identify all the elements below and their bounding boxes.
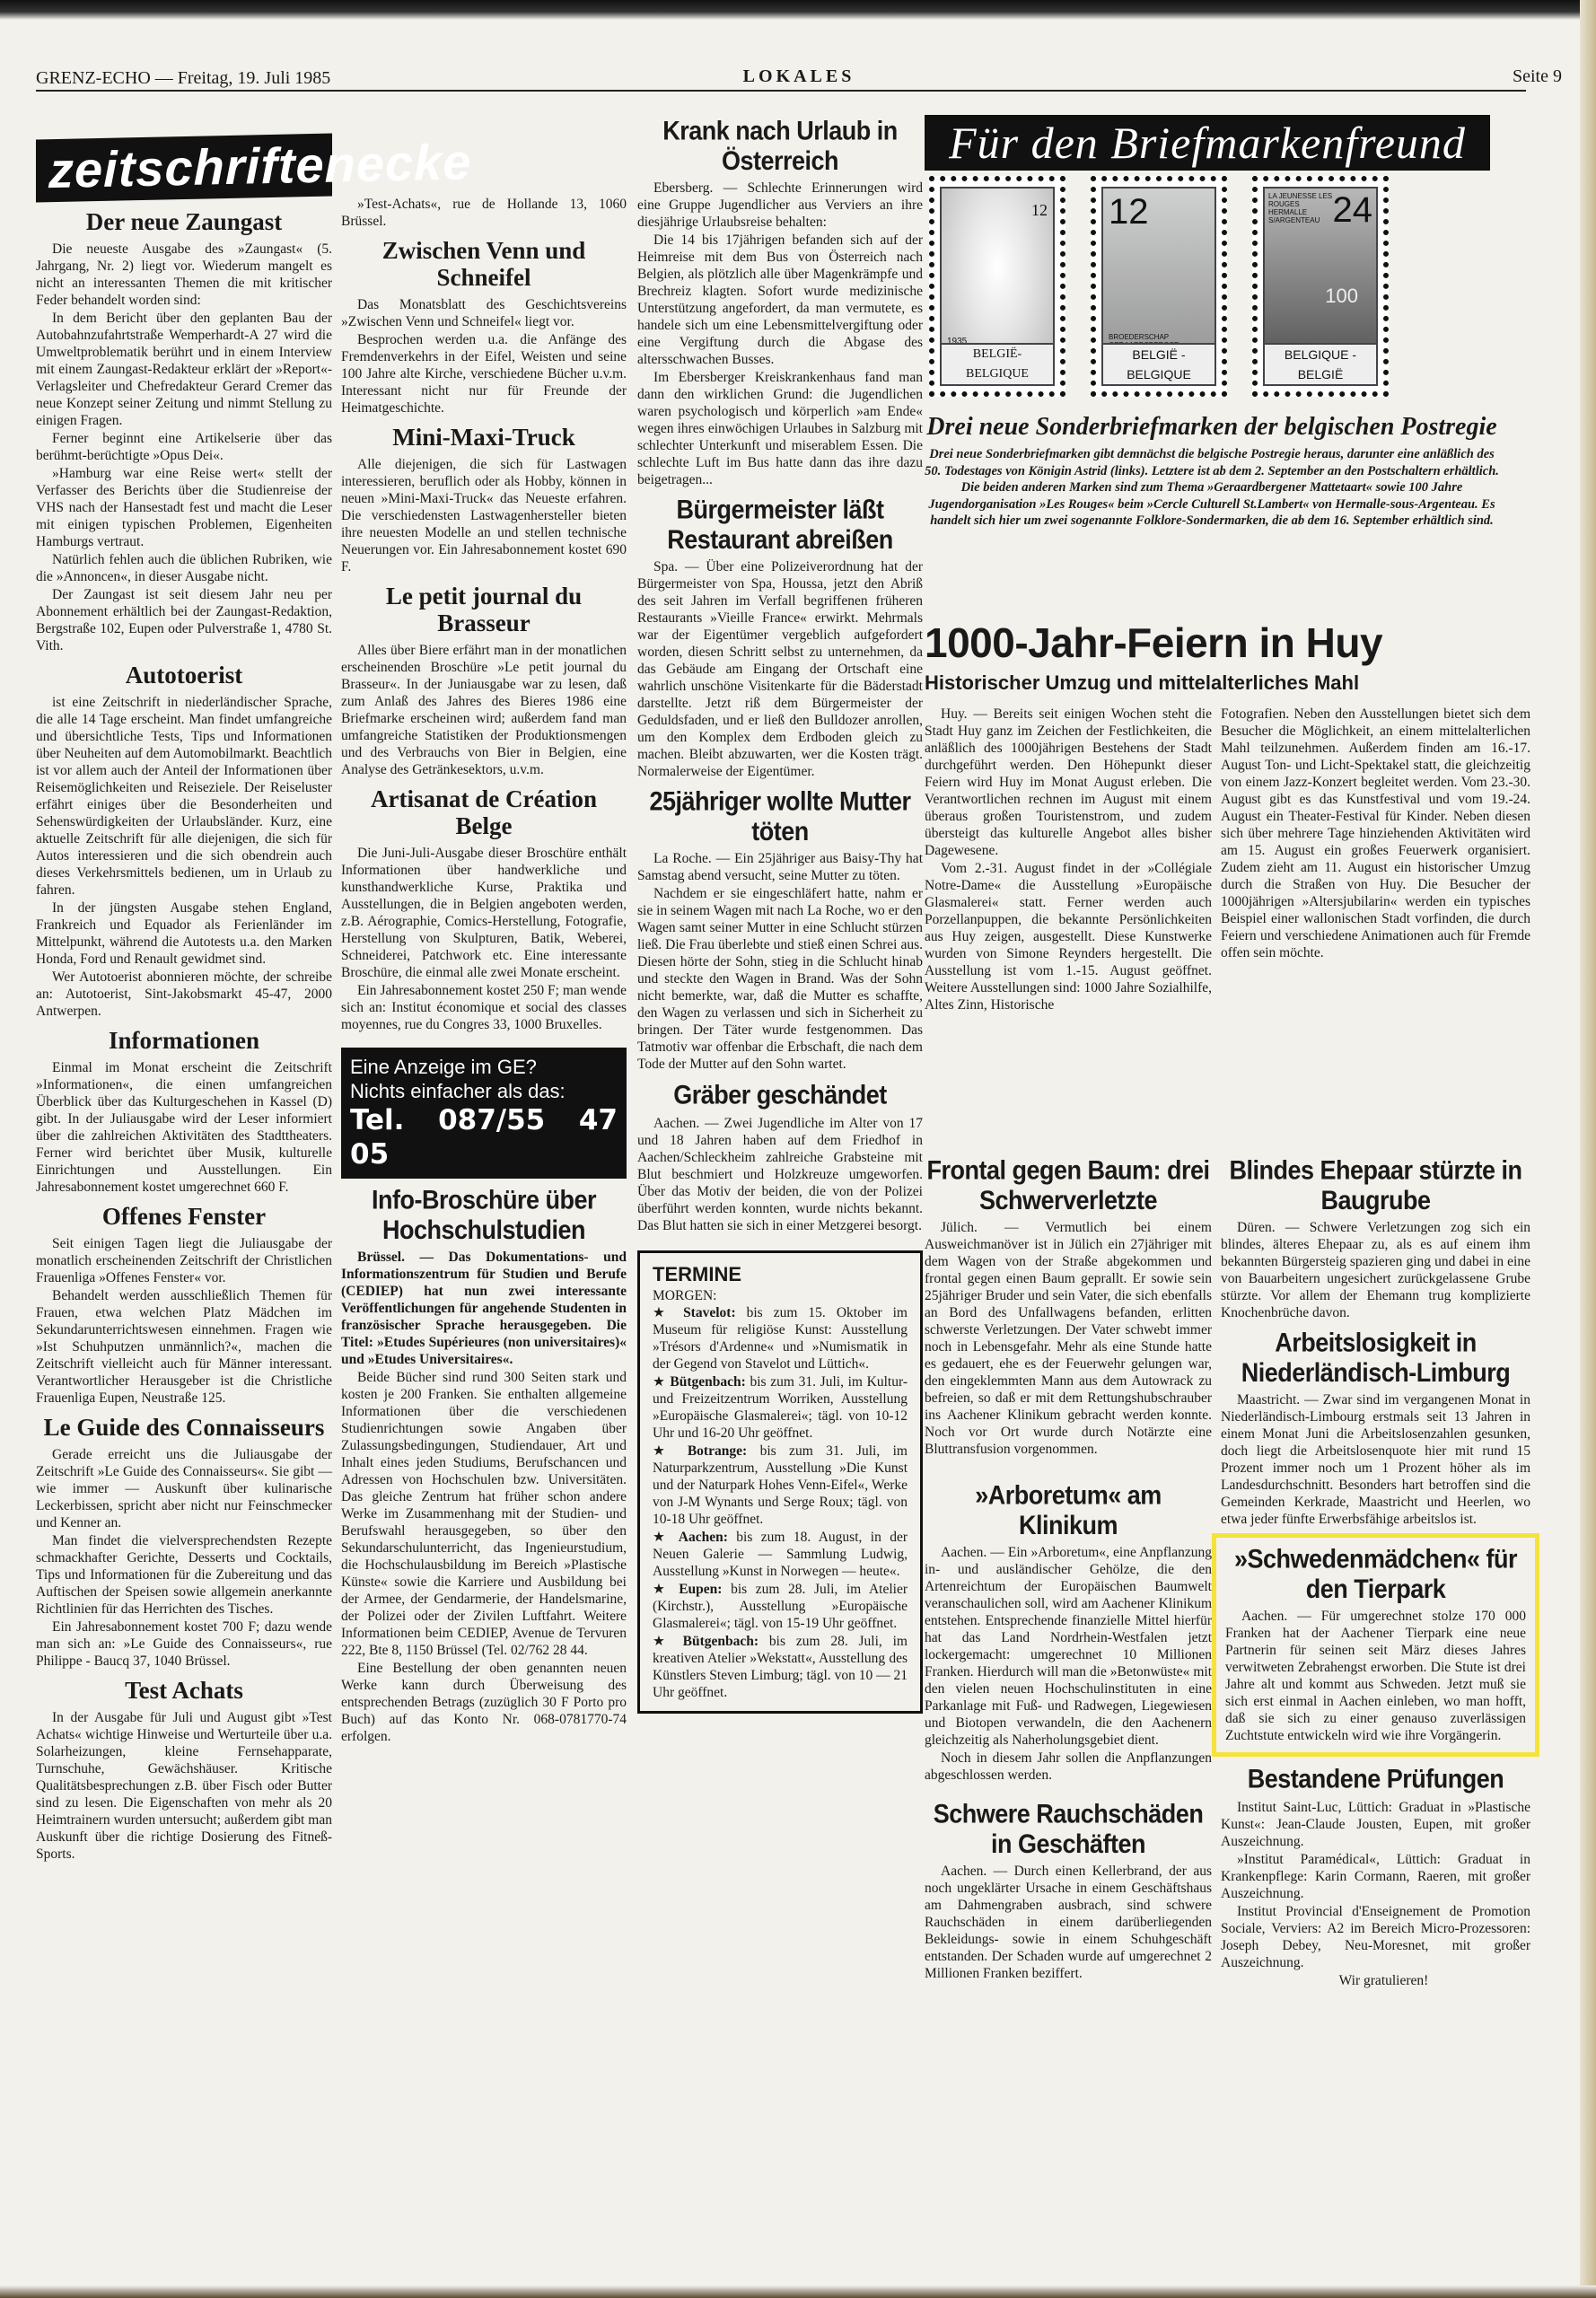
- headline: 25jähriger wollte Mutter töten: [637, 787, 923, 847]
- termine-item: ★ Bütgenbach: bis zum 31. Juli, im Kultu…: [653, 1373, 908, 1442]
- headline: Krank nach Urlaub in Österreich: [637, 117, 923, 177]
- star-icon: ★: [653, 1530, 679, 1545]
- article-buergermeister: Bürgermeister läßt Restaurant abreißen S…: [637, 497, 923, 780]
- paragraph: Ein Jahresabonnement kostet 250 F; man w…: [341, 982, 627, 1033]
- headline: Blindes Ehepaar stürzte in Baugrube: [1221, 1156, 1530, 1216]
- ad-line-1: Eine Anzeige im GE?: [350, 1055, 618, 1079]
- paragraph: Spa. — Über eine Polizeiverordnung hat d…: [637, 558, 923, 780]
- huy-headline: 1000-Jahr-Feiern in Huy: [925, 619, 1508, 666]
- article-graeber: Gräber geschändet Aachen. — Zwei Jugendl…: [637, 1082, 923, 1234]
- headline: Le Guide des Connaisseurs: [36, 1414, 332, 1441]
- headline: Autotoerist: [36, 662, 332, 689]
- stamp-value: 12: [1031, 192, 1048, 228]
- termine-place: Eupen:: [679, 1582, 722, 1597]
- headline: Informationen: [36, 1027, 332, 1054]
- headline: Der neue Zaungast: [36, 208, 332, 235]
- stamp-text: LA JEUNESSE LES ROUGES HERMALLE S/ARGENT…: [1268, 192, 1340, 224]
- paragraph: Ferner beginnt eine Artikelserie über da…: [36, 430, 332, 464]
- huy-subheadline: Historischer Umzug und mittelalterliches…: [925, 671, 1508, 695]
- headline: »Schwedenmädchen« für den Tierpark: [1225, 1545, 1526, 1605]
- paragraph: Man findet die vielversprechendsten Reze…: [36, 1532, 332, 1618]
- article-info-broschuere: Info-Broschüre über Hochschulstudien Brü…: [341, 1188, 627, 1745]
- headline: Info-Broschüre über Hochschulstudien: [341, 1186, 627, 1246]
- stamp-badge: 100: [1325, 278, 1358, 314]
- termine-place: Stavelot:: [683, 1305, 736, 1320]
- star-icon: ★: [653, 1443, 688, 1459]
- paragraph: Ein Jahresabonnement kostet 700 F; dazu …: [36, 1618, 332, 1670]
- newspaper-page: GRENZ-ECHO — Freitag, 19. Juli 1985 LOKA…: [0, 0, 1596, 2298]
- lead-paragraph: Brüssel. — Das Dokumentations- und Infor…: [341, 1249, 627, 1368]
- termine-box: TERMINE MORGEN: ★ Stavelot: bis zum 15. …: [637, 1250, 923, 1714]
- paragraph: Aachen. — Durch einen Kellerbrand, der a…: [925, 1863, 1212, 1982]
- termine-subtitle: MORGEN:: [653, 1287, 908, 1304]
- star-icon: ★: [653, 1634, 683, 1649]
- headline: Frontal gegen Baum: drei Schwerverletzte: [925, 1156, 1212, 1216]
- termine-item: ★ Eupen: bis zum 28. Juli, im Atelier (K…: [653, 1581, 908, 1632]
- star-icon: ★: [653, 1582, 679, 1597]
- paragraph: Beide Bücher sind rund 300 Seiten stark …: [341, 1369, 627, 1659]
- article-zwischen-venn: Zwischen Venn und Schneifel Das Monatsbl…: [341, 237, 627, 417]
- column-1: zeitschriftenecke Der neue Zaungast Die …: [36, 126, 332, 1864]
- paragraph: In dem Bericht über den geplanten Bau de…: [36, 310, 332, 429]
- huy-column-1: Huy. — Bereits seit einigen Wochen steht…: [925, 706, 1212, 1014]
- headline: Zwischen Venn und Schneifel: [341, 237, 627, 291]
- paragraph: Wer Autotoerist abonnieren möchte, der s…: [36, 969, 332, 1020]
- stamp-astrid: 12 1935 1985 BELGIË-BELGIQUE: [929, 176, 1065, 397]
- article-offenes-fenster: Offenes Fenster Seit einigen Tagen liegt…: [36, 1203, 332, 1407]
- article-bestandene-pruefungen: Bestandene Prüfungen Institut Saint-Luc,…: [1221, 1766, 1530, 1989]
- paragraph: Die neueste Ausgabe des »Zaungast« (5. J…: [36, 241, 332, 309]
- article-krank-urlaub: Krank nach Urlaub in Österreich Ebersber…: [637, 118, 923, 488]
- star-icon: ★: [653, 1305, 683, 1320]
- paragraph: Nachdem er sie eingeschläfert hatte, nah…: [637, 885, 923, 1073]
- paragraph: Behandelt werden ausschließlich Themen f…: [36, 1287, 332, 1407]
- termine-title: TERMINE: [653, 1262, 908, 1287]
- paragraph: Fotografien. Neben den Ausstellungen bie…: [1221, 706, 1530, 961]
- paragraph: Huy. — Bereits seit einigen Wochen steht…: [925, 706, 1212, 859]
- article-frontal-baum: Frontal gegen Baum: drei Schwerverletzte…: [925, 1158, 1212, 1458]
- article-zaungast: Der neue Zaungast Die neueste Ausgabe de…: [36, 208, 332, 654]
- article-autotoerist: Autotoerist ist eine Zeitschrift in nied…: [36, 662, 332, 1020]
- paragraph: Die 14 bis 17jährigen befanden sich auf …: [637, 232, 923, 368]
- paragraph: Aachen. — Zwei Jugendliche im Alter von …: [637, 1115, 923, 1234]
- article-blindes-ehepaar: Blindes Ehepaar stürzte in Baugrube Düre…: [1221, 1158, 1530, 1321]
- article-guide-connaisseurs: Le Guide des Connaisseurs Gerade erreich…: [36, 1414, 332, 1670]
- headline: Test Achats: [36, 1677, 332, 1704]
- paragraph: In der Ausgabe für Juli und August gibt …: [36, 1709, 332, 1863]
- stamp-country: BELGIË - BELGIQUE: [1103, 343, 1215, 384]
- paragraph: Düren. — Schwere Verletzungen zog sich e…: [1221, 1219, 1530, 1321]
- ad-phone: Tel. 087/55 47 05: [350, 1103, 618, 1171]
- paragraph: Alle diejenigen, die sich für Lastwagen …: [341, 456, 627, 575]
- article-petit-journal: Le petit journal du Brasseur Alles über …: [341, 583, 627, 778]
- column-2: »Test-Achats«, rue de Hollande 13, 1060 …: [341, 196, 627, 1746]
- paragraph: Wir gratulieren!: [1221, 1972, 1530, 1989]
- section-name: LOKALES: [36, 66, 1562, 87]
- article-test-achats: Test Achats In der Ausgabe für Juli und …: [36, 1677, 332, 1863]
- paragraph: Vom 2.-31. August findet in der »Collégi…: [925, 860, 1212, 1013]
- page-edge: [1580, 0, 1596, 2298]
- page-bottom-edge: [0, 2285, 1596, 2298]
- column-4: Frontal gegen Baum: drei Schwerverletzte…: [925, 1149, 1212, 1983]
- stamp-caption: Drei neue Sonderbriefmarken der belgisch…: [925, 413, 1499, 530]
- stamp-images: 12 1935 1985 BELGIË-BELGIQUE 12 BROEDERS…: [929, 176, 1495, 400]
- paragraph: Maastricht. — Zwar sind im vergangenen M…: [1221, 1391, 1530, 1528]
- article-informationen: Informationen Einmal im Monat erscheint …: [36, 1027, 332, 1196]
- paragraph: La Roche. — Ein 25jähriger aus Baisy-Thy…: [637, 850, 923, 884]
- termine-place: Aachen:: [679, 1530, 728, 1545]
- article-artisanat: Artisanat de Création Belge Die Juni-Jul…: [341, 785, 627, 1033]
- paragraph: Ebersberg. — Schlechte Erinnerungen wird…: [637, 180, 923, 231]
- advertisement-box: Eine Anzeige im GE? Nichts einfacher als…: [341, 1048, 627, 1179]
- stamp-value: 24: [1333, 192, 1373, 228]
- paragraph: Natürlich fehlen auch die üblichen Rubri…: [36, 551, 332, 585]
- paragraph: Alles über Biere erfährt man in der mona…: [341, 642, 627, 778]
- caption-text: Drei neue Sonderbriefmarken gibt demnäch…: [925, 446, 1499, 530]
- article-schwedenmaedchen-highlighted: »Schwedenmädchen« für den Tierpark Aache…: [1212, 1533, 1539, 1757]
- zeitschriftenecke-banner: zeitschriftenecke: [36, 134, 332, 203]
- stamp-mattetaart: 12 BROEDERSCHAP GERAARDSBERGSE MATTETAAR…: [1091, 176, 1227, 397]
- headline: Bürgermeister läßt Restaurant abreißen: [637, 496, 923, 556]
- paragraph: Jülich. — Vermutlich bei einem Ausweichm…: [925, 1219, 1212, 1458]
- paragraph: Gerade erreicht uns die Juliausgabe der …: [36, 1446, 332, 1531]
- paragraph: »Hamburg war eine Reise wert« stellt der…: [36, 465, 332, 550]
- paragraph: Das Monatsblatt des Geschichtsvereins »Z…: [341, 296, 627, 330]
- huy-column-2: Fotografien. Neben den Ausstellungen bie…: [1221, 706, 1530, 962]
- paragraph: Seit einigen Tagen liegt die Juliausgabe…: [36, 1235, 332, 1286]
- headline: Mini-Maxi-Truck: [341, 424, 627, 451]
- paragraph: »Institut Paramédical«, Lüttich: Graduat…: [1221, 1851, 1530, 1902]
- article-rauchschaeden: Schwere Rauchschäden in Geschäften Aache…: [925, 1802, 1212, 1982]
- briefmarken-banner: Für den Briefmarkenfreund: [925, 115, 1490, 171]
- paragraph: Die Juni-Juli-Ausgabe dieser Broschüre e…: [341, 845, 627, 981]
- paragraph: »Test-Achats«, rue de Hollande 13, 1060 …: [341, 196, 627, 230]
- paragraph: ist eine Zeitschrift in niederländischer…: [36, 694, 332, 899]
- paragraph: Noch in diesem Jahr sollen die Anpflanzu…: [925, 1750, 1212, 1784]
- stamp-value: 12: [1109, 194, 1149, 230]
- masthead-rule: [36, 90, 1526, 92]
- column-3: Krank nach Urlaub in Österreich Ebersber…: [637, 110, 923, 1730]
- headline: Gräber geschändet: [637, 1081, 923, 1110]
- paragraph: Der Zaungast ist seit diesem Jahr neu pe…: [36, 586, 332, 654]
- headline: »Arboretum« am Klinikum: [925, 1481, 1212, 1541]
- termine-item: ★ Stavelot: bis zum 15. Oktober im Museu…: [653, 1304, 908, 1373]
- headline: Offenes Fenster: [36, 1203, 332, 1230]
- termine-place: Bütgenbach:: [683, 1634, 759, 1649]
- termine-item: ★ Botrange: bis zum 31. Juli, im Naturpa…: [653, 1443, 908, 1528]
- article-mini-maxi-truck: Mini-Maxi-Truck Alle diejenigen, die sic…: [341, 424, 627, 575]
- paragraph: Institut Provincial d'Enseignement de Pr…: [1221, 1903, 1530, 1971]
- headline: Le petit journal du Brasseur: [341, 583, 627, 636]
- stamp-country: BELGIË-BELGIQUE: [942, 343, 1053, 384]
- article-arbeitslosigkeit: Arbeitslosigkeit in Niederländisch-Limbu…: [1221, 1330, 1530, 1528]
- termine-item: ★ Aachen: bis zum 18. August, in der Neu…: [653, 1529, 908, 1580]
- paragraph: Aachen. — Für umgerechnet stolze 170 000…: [1225, 1608, 1526, 1744]
- stamp-les-rouges: LA JEUNESSE LES ROUGES HERMALLE S/ARGENT…: [1252, 176, 1389, 397]
- ad-line-2: Nichts einfacher als das:: [350, 1079, 618, 1103]
- termine-place: Bütgenbach:: [670, 1374, 745, 1390]
- page-top-shadow: [0, 0, 1596, 20]
- paragraph: Besprochen werden u.a. die Anfänge des F…: [341, 331, 627, 417]
- caption-title: Drei neue Sonderbriefmarken der belgisch…: [925, 413, 1499, 441]
- headline: Bestandene Prüfungen: [1221, 1765, 1530, 1794]
- paragraph: Im Ebersberger Kreiskrankenhaus fand man…: [637, 369, 923, 488]
- masthead: GRENZ-ECHO — Freitag, 19. Juli 1985 LOKA…: [36, 63, 1562, 93]
- headline: Schwere Rauchschäden in Geschäften: [925, 1800, 1212, 1860]
- paragraph: Aachen. — Ein »Arboretum«, eine Anpflanz…: [925, 1544, 1212, 1749]
- paragraph: Eine Bestellung der oben genannten neuen…: [341, 1660, 627, 1745]
- paragraph: Institut Saint-Luc, Lüttich: Graduat in …: [1221, 1799, 1530, 1850]
- termine-item: ★ Bütgenbach: bis zum 28. Juli, im kreat…: [653, 1633, 908, 1701]
- termine-place: Botrange:: [688, 1443, 747, 1459]
- star-icon: ★: [653, 1374, 670, 1390]
- paragraph: Einmal im Monat erscheint die Zeitschrif…: [36, 1059, 332, 1196]
- column-5: Blindes Ehepaar stürzte in Baugrube Düre…: [1221, 1149, 1530, 1990]
- headline: Arbeitslosigkeit in Niederländisch-Limbu…: [1221, 1329, 1530, 1389]
- headline: Artisanat de Création Belge: [341, 785, 627, 839]
- article-arboretum: »Arboretum« am Klinikum Aachen. — Ein »A…: [925, 1483, 1212, 1784]
- article-25jaehriger: 25jähriger wollte Mutter töten La Roche.…: [637, 789, 923, 1073]
- paragraph: In der jüngsten Ausgabe stehen England, …: [36, 899, 332, 968]
- stamp-country: BELGIQUE - BELGIË: [1265, 343, 1376, 384]
- page-number: Seite 9: [1513, 66, 1562, 87]
